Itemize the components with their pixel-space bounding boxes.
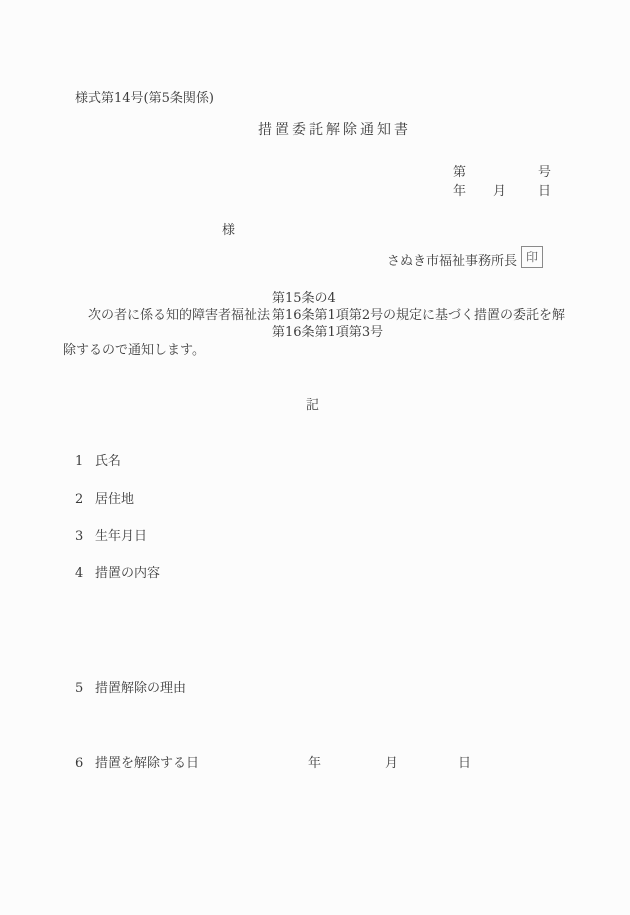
list-item-birthdate: 3生年月日 — [75, 525, 147, 544]
list-item-measure-content: 4措置の内容 — [75, 562, 160, 581]
seal-box: 印 — [521, 246, 543, 268]
date-month-label: 月 — [493, 180, 506, 199]
doc-number-suffix: 号 — [538, 161, 551, 180]
sender-title: さぬき市福祉事務所長 — [387, 250, 517, 269]
date-day-label: 日 — [538, 180, 551, 199]
item-label: 居住地 — [95, 492, 134, 507]
doc-number-prefix: 第 — [453, 161, 466, 180]
item-label: 措置解除の理由 — [95, 681, 186, 696]
document-page: 様式第14号(第5条関係) 措置委託解除通知書 第 号 年 月 日 様 さぬき市… — [0, 0, 630, 915]
item-label: 氏名 — [95, 454, 121, 469]
item-number: 1 — [75, 454, 95, 469]
list-item-residence: 2居住地 — [75, 488, 134, 507]
body-intro-text: 次の者に係る知的障害者福祉法 — [88, 304, 270, 323]
form-number: 様式第14号(第5条関係) — [75, 87, 214, 106]
item6-year-label: 年 — [308, 752, 321, 771]
record-heading: 記 — [306, 394, 319, 413]
item-label: 措置を解除する日 — [95, 756, 199, 771]
item-number: 6 — [75, 756, 95, 771]
item-label: 生年月日 — [95, 529, 147, 544]
list-item-name: 1氏名 — [75, 450, 121, 469]
item-label: 措置の内容 — [95, 566, 160, 581]
list-item-cancellation-reason: 5措置解除の理由 — [75, 677, 186, 696]
body-line-2: 除するので通知します。 — [63, 339, 205, 358]
item6-month-label: 月 — [385, 752, 398, 771]
item6-day-label: 日 — [458, 752, 471, 771]
item-number: 3 — [75, 529, 95, 544]
item-number: 5 — [75, 681, 95, 696]
law-article-option-3: 第16条第1項第3号 — [272, 321, 383, 340]
list-item-cancellation-date: 6措置を解除する日 — [75, 752, 199, 771]
item-number: 4 — [75, 566, 95, 581]
body-continuation-text: の規定に基づく措置の委託を解 — [383, 304, 565, 323]
date-year-label: 年 — [453, 180, 466, 199]
item-number: 2 — [75, 492, 95, 507]
addressee-honorific: 様 — [222, 219, 235, 238]
document-title: 措置委託解除通知書 — [258, 119, 411, 139]
